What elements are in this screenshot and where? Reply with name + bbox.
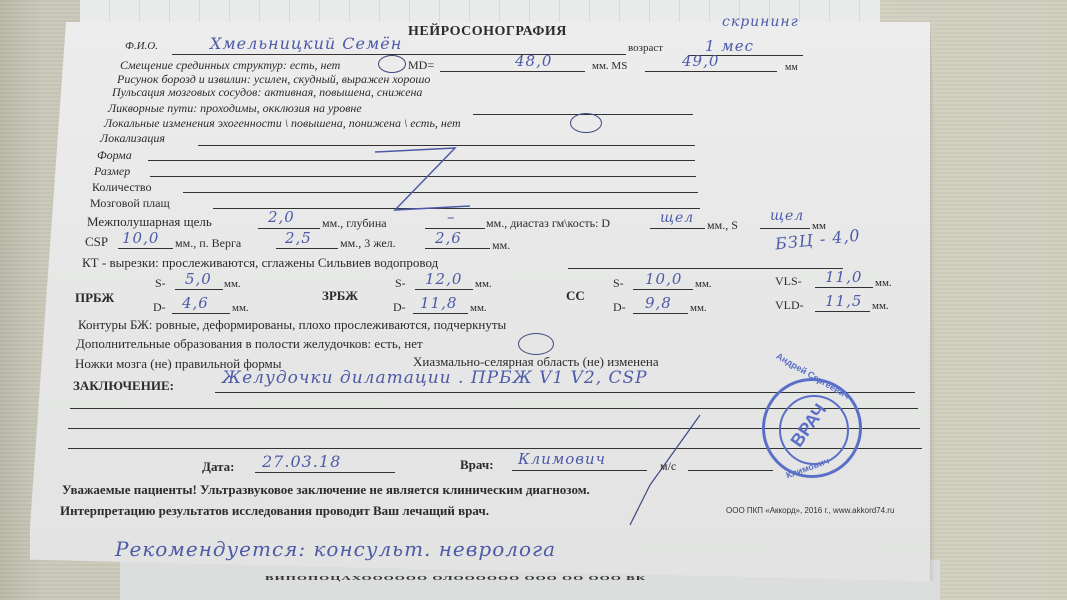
conclusion-value[interactable]: Желудочки дилатации . ПРБЖ V1 V2, CSP xyxy=(222,368,648,388)
date-value[interactable]: 27.03.18 xyxy=(262,452,341,471)
screening-note: скрининг xyxy=(722,14,799,30)
ms-value[interactable]: 49,0 xyxy=(682,52,719,70)
md-value[interactable]: 48,0 xyxy=(515,52,552,70)
third-unit: мм. xyxy=(492,238,510,253)
vls-unit: мм. xyxy=(875,277,892,289)
vld-label: VLD- xyxy=(775,298,804,313)
verga-line xyxy=(276,248,338,249)
size-label: Размер xyxy=(94,164,130,179)
localization-label: Локализация xyxy=(100,131,165,146)
zrbzh-s-value[interactable]: 12,0 xyxy=(425,270,462,288)
prbzh-s-unit: мм. xyxy=(224,278,241,290)
verga-label: мм., п. Верга xyxy=(175,236,241,251)
prbzh-d-value[interactable]: 4,6 xyxy=(182,294,209,312)
conclusion-label: ЗАКЛЮЧЕНИЕ: xyxy=(73,378,174,394)
shift-label: Смещение срединных структур: есть, нет xyxy=(120,58,340,73)
zrbzh-s-unit: мм. xyxy=(475,278,492,290)
doctor-stamp: Андрей Сергеевич ВРАЧ Климович xyxy=(762,378,862,478)
vls-value[interactable]: 11,0 xyxy=(825,268,862,286)
csp-value[interactable]: 10,0 xyxy=(122,229,159,247)
vld-unit: мм. xyxy=(872,300,889,312)
csf-label: Ликворные пути: проходимы, окклюзия на у… xyxy=(108,101,362,116)
prbzh-d-line xyxy=(172,313,230,314)
prbzh-d-unit: мм. xyxy=(232,302,249,314)
age-label: возраст xyxy=(628,42,663,54)
recommendation[interactable]: Рекомендуется: консульт. невролога xyxy=(115,537,556,561)
md-label: MD= xyxy=(408,58,434,73)
ms-label: мм. MS xyxy=(592,60,627,72)
third-label: мм., 3 жел. xyxy=(340,236,396,251)
cc-d-line xyxy=(633,313,688,314)
pulsation-label: Пульсация мозговых сосудов: активная, по… xyxy=(112,85,422,100)
notice-line-1: Уважаемые пациенты! Ультразвуковое заклю… xyxy=(62,482,590,498)
fio-label: Ф.И.О. xyxy=(125,40,158,52)
fio-value[interactable]: Хмельницкий Семён xyxy=(210,34,402,53)
doctor-line xyxy=(512,470,647,471)
vld-value[interactable]: 11,5 xyxy=(825,292,862,310)
ms-unit: мм xyxy=(785,62,798,73)
md-line xyxy=(440,71,585,72)
vls-line xyxy=(815,287,873,288)
zrbzh-s-label: S- xyxy=(395,276,406,291)
cc-s-label: S- xyxy=(613,276,624,291)
shift-selected-circle xyxy=(378,55,406,73)
doctor-label: Врач: xyxy=(460,457,494,473)
extra-selected-circle xyxy=(518,333,554,355)
fissure-label: Межполушарная щель xyxy=(87,214,212,230)
prbzh-d-label: D- xyxy=(153,300,166,315)
echo-label: Локальные изменения эхогенности \ повыше… xyxy=(104,116,461,131)
prbzh-s-line xyxy=(175,289,223,290)
third-value[interactable]: 2,6 xyxy=(435,229,462,247)
diastasis-s-value[interactable]: щел xyxy=(770,208,804,224)
prbzh-s-label: S- xyxy=(155,276,166,291)
third-line xyxy=(425,248,490,249)
date-line xyxy=(255,472,395,473)
prbzh-s-value[interactable]: 5,0 xyxy=(185,270,212,288)
zrbzh-d-unit: мм. xyxy=(470,302,487,314)
nurse-label: м/с xyxy=(660,459,676,474)
shape-label: Форма xyxy=(97,148,132,163)
fissure-depth-label: мм., глубина xyxy=(322,216,387,231)
vls-label: VLS- xyxy=(775,274,802,289)
zrbzh-s-line xyxy=(415,289,473,290)
cc-d-unit: мм. xyxy=(690,302,707,314)
z-strike-mark xyxy=(370,140,480,220)
cc-s-line xyxy=(633,289,693,290)
zrbzh-label: ЗРБЖ xyxy=(322,288,358,304)
cut-text: ВИПОПОЦАХОООООО ОЛОООООО ООО ОО ООО ВК xyxy=(265,574,646,582)
kt-label: КТ - вырезки: прослеживаются, сглажены С… xyxy=(82,255,438,271)
form-title: НЕЙРОСОНОГРАФИЯ xyxy=(408,24,567,40)
cc-label: СС xyxy=(566,288,585,304)
date-label: Дата: xyxy=(202,459,234,475)
verga-value[interactable]: 2,5 xyxy=(285,229,312,247)
vld-line xyxy=(815,311,870,312)
csp-label: CSP xyxy=(85,234,108,250)
depth-value[interactable]: – xyxy=(447,208,456,226)
ms-line xyxy=(645,71,777,72)
fio-line xyxy=(172,54,626,55)
mantle-label: Мозговой плащ xyxy=(90,196,170,211)
notice-line-2: Интерпретацию результатов исследования п… xyxy=(60,503,489,519)
cc-d-label: D- xyxy=(613,300,626,315)
contours-label: Контуры БЖ: ровные, деформированы, плохо… xyxy=(78,317,506,333)
count-label: Количество xyxy=(92,180,151,195)
echo-selected-circle xyxy=(570,113,602,133)
prbzh-label: ПРБЖ xyxy=(75,290,114,306)
doctor-value[interactable]: Климович xyxy=(518,450,606,468)
fissure-value[interactable]: 2,0 xyxy=(268,208,295,226)
extra-label: Дополнительные образования в полости жел… xyxy=(76,336,423,352)
zrbzh-d-value[interactable]: 11,8 xyxy=(420,294,457,312)
diastasis-label: мм., диастаз гм\кость: D xyxy=(486,216,610,231)
nurse-line xyxy=(688,470,773,471)
diastasis-s-line xyxy=(760,228,810,229)
zrbzh-d-label: D- xyxy=(393,300,406,315)
cc-d-value[interactable]: 9,8 xyxy=(645,294,672,312)
cc-s-unit: мм. xyxy=(695,278,712,290)
diastasis-s-label: мм., S xyxy=(707,218,738,233)
kt-line xyxy=(568,268,843,269)
publisher-info: ООО ПКП «Аккорд», 2016 г., www.akkord74.… xyxy=(726,506,894,515)
diastasis-d-value[interactable]: щел xyxy=(660,210,694,226)
cc-s-value[interactable]: 10,0 xyxy=(645,270,682,288)
csp-line xyxy=(118,248,173,249)
zrbzh-d-line xyxy=(413,313,468,314)
diastasis-d-line xyxy=(650,228,705,229)
